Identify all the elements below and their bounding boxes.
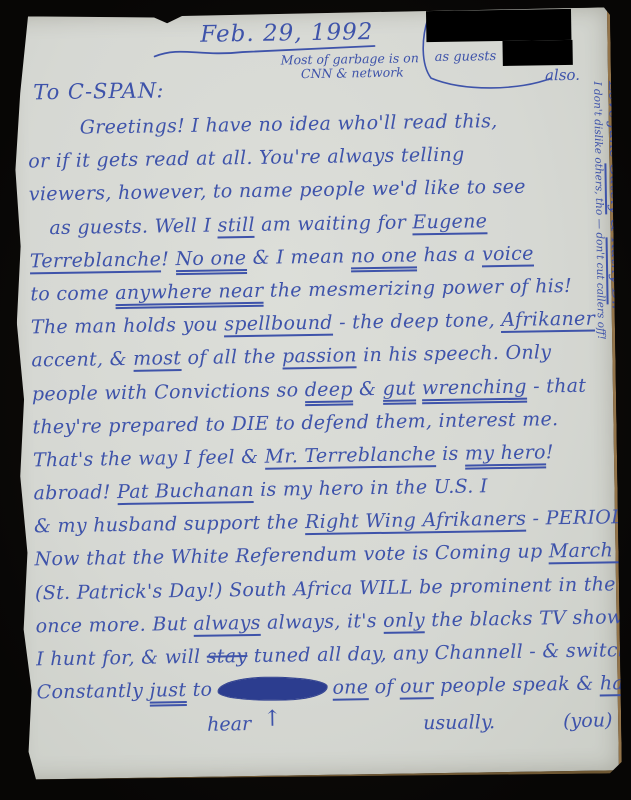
salutation: To C-SPAN:	[33, 78, 165, 104]
margin-note-line: Love Jane Gately & Kathy B.!	[605, 81, 627, 333]
closing-word: usually.	[423, 711, 495, 734]
letter-paper: Feb. 29, 1992 Most of garbage is on CNN …	[4, 7, 622, 782]
closing-aside: (you)	[563, 709, 613, 732]
letter-date: Feb. 29, 1992	[200, 19, 373, 48]
scanned-letter-canvas: Feb. 29, 1992 Most of garbage is on CNN …	[0, 0, 631, 800]
margin-note-line: I don't dislike others, tho — don't cut …	[591, 81, 607, 333]
guests-margin-note: as guests	[435, 49, 497, 65]
right-margin-note: Love Jane Gately & Kathy B.!I don't disl…	[591, 81, 627, 333]
caret-arrow-icon: ↑	[263, 707, 282, 732]
redaction-box	[426, 9, 571, 42]
letter-body: Greetings! I have no idea who'll read th…	[28, 103, 615, 709]
redaction-box	[502, 40, 572, 66]
insertion-row: hear ↑ usually. (you)	[15, 707, 618, 750]
top-annotation-line2: CNN & network	[301, 65, 404, 82]
inserted-word: hear	[207, 713, 251, 736]
also-note: also.	[545, 66, 580, 85]
